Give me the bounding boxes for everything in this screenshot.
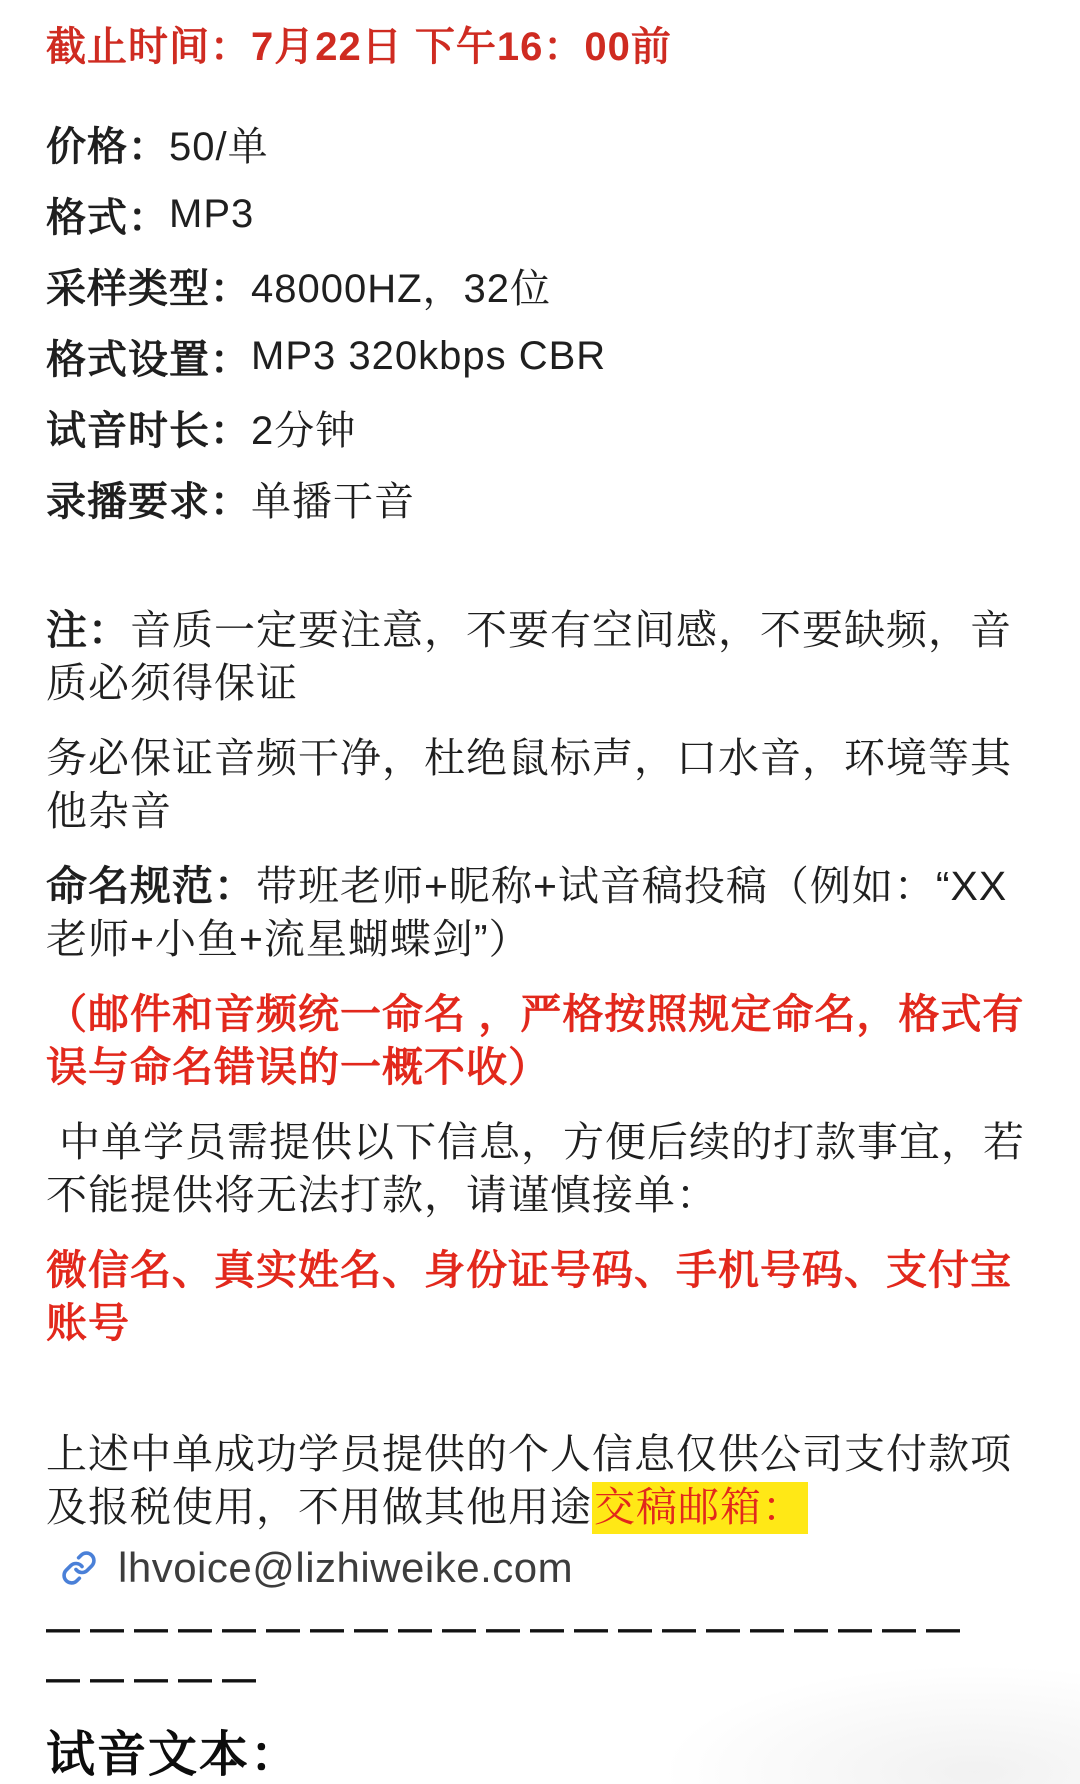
naming-rule: 命名规范：带班老师+昵称+试音稿投稿（例如：“XX老师+小鱼+流星蝴蝶剑”） <box>46 860 1032 966</box>
spec-label: 价格： <box>46 115 169 172</box>
privacy-statement: 上述中单成功学员提供的个人信息仅供公司支付款项及报税使用，不用做其他用途交稿邮箱… <box>46 1428 1032 1534</box>
spec-label: 试音时长： <box>46 399 251 456</box>
spec-label: 格式设置： <box>46 328 251 385</box>
clean-audio-note: 务必保证音频干净，杜绝鼠标声，口水音，环境等其他杂音 <box>46 732 1032 838</box>
spec-value: 48000HZ，32位 <box>251 257 551 314</box>
link-icon <box>60 1549 98 1587</box>
dashed-divider: ————————————————————— ————— <box>46 1604 1032 1704</box>
spec-label: 采样类型： <box>46 257 251 314</box>
divider-line-1: ————————————————————— <box>46 1604 1032 1654</box>
spec-row-format-settings: 格式设置：MP3 320kbps CBR <box>46 321 1032 392</box>
email-row[interactable]: lhvoice@lizhiweike.com <box>46 1542 1032 1594</box>
spec-list: 价格：50/单 格式：MP3 采样类型：48000HZ，32位 格式设置：MP3… <box>46 108 1032 534</box>
document-page: 截止时间：7月22日 下午16：00前 价格：50/单 格式：MP3 采样类型：… <box>0 0 1080 1784</box>
script-section-title: 试音文本： <box>46 1716 1032 1784</box>
spec-value: MP3 320kbps CBR <box>251 334 606 379</box>
spec-value: MP3 <box>169 192 254 237</box>
spec-row-format: 格式：MP3 <box>46 179 1032 250</box>
divider-line-2: ————— <box>46 1654 1032 1704</box>
spec-value: 2分钟 <box>251 399 356 456</box>
spec-value: 50/单 <box>169 115 269 172</box>
spec-row-sample-type: 采样类型：48000HZ，32位 <box>46 250 1032 321</box>
deadline-text: 截止时间：7月22日 下午16：00前 <box>46 24 1032 70</box>
note-text: 音质一定要注意，不要有空间感，不要缺频，音质必须得保证 <box>46 607 1012 706</box>
spec-row-recording-requirement: 录播要求：单播干音 <box>46 463 1032 534</box>
privacy-text: 上述中单成功学员提供的个人信息仅供公司支付款项及报税使用，不用做其他用途 <box>46 1431 1012 1530</box>
naming-rule-label: 命名规范： <box>46 863 256 909</box>
payment-info: 中单学员需提供以下信息，方便后续的打款事宜，若不能提供将无法打款，请谨慎接单： <box>46 1116 1032 1222</box>
naming-warning: （邮件和音频统一命名 ，严格按照规定命名，格式有误与命名错误的一概不收） <box>46 988 1032 1094</box>
mailbox-label: 交稿邮箱： <box>592 1482 808 1534</box>
spec-row-price: 价格：50/单 <box>46 108 1032 179</box>
spec-value: 单播干音 <box>251 470 415 527</box>
required-fields: 微信名、真实姓名、身份证号码、手机号码、支付宝账号 <box>46 1244 1032 1350</box>
spec-label: 录播要求： <box>46 470 251 527</box>
email-address[interactable]: lhvoice@lizhiweike.com <box>118 1544 573 1592</box>
spec-label: 格式： <box>46 186 169 243</box>
note-label: 注： <box>46 607 130 653</box>
quality-note: 注：音质一定要注意，不要有空间感，不要缺频，音质必须得保证 <box>46 604 1032 710</box>
spec-row-audition-length: 试音时长：2分钟 <box>46 392 1032 463</box>
